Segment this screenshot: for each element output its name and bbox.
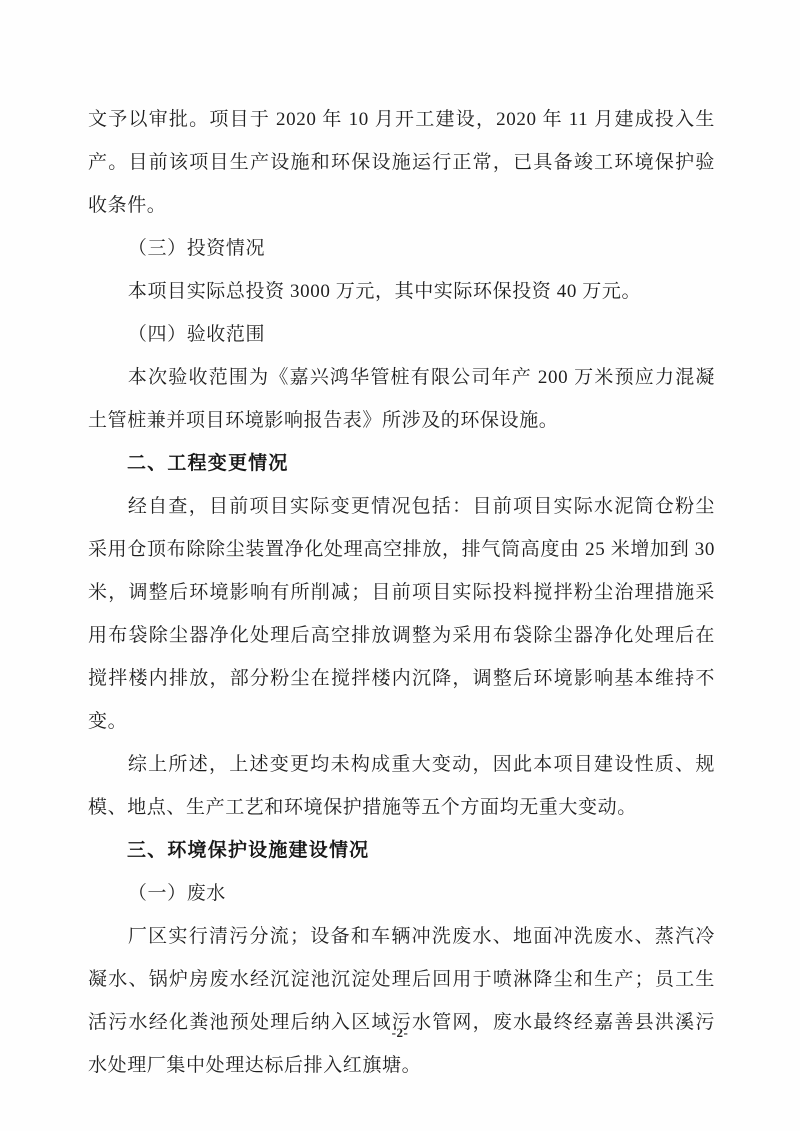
document-page: 文予以审批。项目于 2020 年 10 月开工建设，2020 年 11 月建成投… [0,0,800,1131]
body-paragraph-change-conclusion: 综上所述，上述变更均未构成重大变动，因此本项目建设性质、规模、地点、生产工艺和环… [88,743,715,829]
page-number: -2- [392,1025,409,1040]
subsection-heading-investment: （三）投资情况 [88,227,715,270]
body-paragraph-wastewater: 厂区实行清污分流；设备和车辆冲洗废水、地面冲洗废水、蒸汽冷凝水、锅炉房废水经沉淀… [88,915,715,1087]
subsection-heading-wastewater: （一）废水 [88,872,715,915]
section-heading-project-changes: 二、工程变更情况 [88,442,715,485]
document-content: 文予以审批。项目于 2020 年 10 月开工建设，2020 年 11 月建成投… [88,98,715,1087]
body-paragraph-change-details: 经自查，目前项目实际变更情况包括：目前项目实际水泥筒仓粉尘采用仓顶布除除尘装置净… [88,485,715,743]
body-paragraph-investment: 本项目实际总投资 3000 万元，其中实际环保投资 40 万元。 [88,270,715,313]
body-paragraph-continuation: 文予以审批。项目于 2020 年 10 月开工建设，2020 年 11 月建成投… [88,98,715,227]
section-heading-environmental-facilities: 三、环境保护设施建设情况 [88,829,715,872]
subsection-heading-acceptance-scope: （四）验收范围 [88,313,715,356]
page-footer: -2- [0,1024,800,1042]
body-paragraph-acceptance-scope: 本次验收范围为《嘉兴鸿华管桩有限公司年产 200 万米预应力混凝土管桩兼并项目环… [88,356,715,442]
